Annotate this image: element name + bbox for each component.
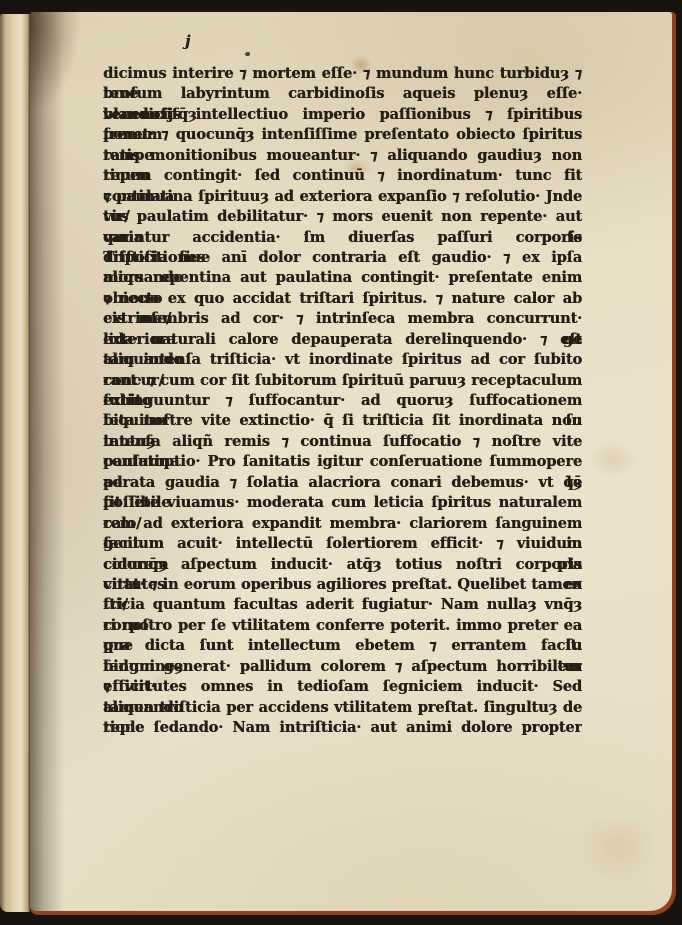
text-line: mors repentina aut paulatina contingit· …: [103, 268, 582, 288]
text-line: pra dicta ſunt intellectum ebetem ⁊ erra…: [103, 636, 582, 656]
text-line: ⁊ paulatina ſpirituuȝ ad exteriora expan…: [103, 187, 582, 207]
book-block-red-edge: j dicimus interire ⁊ mortem eſſe· ⁊ mund…: [30, 12, 676, 915]
text-line: citat· ⁊ in eorum operibus agiliores pre…: [103, 575, 582, 595]
text-line: rant· ⁊ cum cor ſit ſubitorum ſpirituū p…: [103, 371, 582, 391]
text-line: dicimus interire ⁊ mortem eſſe· ⁊ mundum…: [103, 64, 582, 84]
foxing-stain: [590, 442, 636, 476]
text-line: intenſa aliqñ remis ⁊ continua ſuffocati…: [103, 432, 582, 452]
text-line: ponet· ⁊ quocunq̄ȝ intenſiſſime preſenta…: [103, 125, 582, 145]
text-line: tione ſedando· Nam intriſticia· aut anim…: [103, 718, 582, 738]
signature-mark: j: [185, 32, 190, 50]
text-line: cidunq̄ȝ aſpectum inducit· atq̄ȝ totius …: [103, 555, 582, 575]
gutter-shadow: [30, 12, 64, 911]
ink-speck: [245, 52, 250, 56]
text-line: ratis monitionibus moueantur· ⁊ aliquand…: [103, 146, 582, 166]
text-line: tamen triſticia per accidens vtilitatem …: [103, 698, 582, 718]
text-line: genium acuit· intellectū ſolertiorem eff…: [103, 534, 582, 554]
facing-page-fore-edge: [0, 14, 30, 912]
text-line: broſum labyrintum carbidinoſis aqueis pl…: [103, 84, 582, 104]
text-line: conſumptio· Pro ſanitatis igitur conſeru…: [103, 452, 582, 472]
text-line: tam intenſa triſticia· vt inordinate ſpi…: [103, 350, 582, 370]
text-line: tus paulatim debilitatur· ⁊ mors euenit …: [103, 207, 582, 227]
gutter-shadow-top: [30, 12, 100, 142]
text-line: tinum contingit· ſed continuū ⁊ inordina…: [103, 166, 582, 186]
text-line: perata gaudia ⁊ ſolatia alacriora conari…: [103, 473, 582, 493]
text-line: cis membris ad cor· ⁊ intrinſeca membra …: [103, 309, 582, 329]
text-line: ſticia quantum facultas aderit fugiatur·…: [103, 595, 582, 615]
text-block: dicimus interire ⁊ mortem eſſe· ⁊ mundum…: [103, 64, 582, 738]
scanned-page: j dicimus interire ⁊ mortem eſſe· ⁊ mund…: [30, 12, 672, 911]
text-line: quuntur accidentia· ſm diuerſas paſſuri …: [103, 228, 582, 248]
text-line: Triſticia ſiue anī dolor contraria eſt g…: [103, 248, 582, 268]
text-line: ſit lete viuamus· moderata cum leticia ſ…: [103, 493, 582, 513]
text-line: rem ad exteriora expandit membra· clario…: [103, 514, 582, 534]
foxing-stain: [578, 812, 658, 882]
text-line: blandicijs intellectiuo imperio paſſioni…: [103, 105, 582, 125]
text-line: ⁊ virtutes omnes in tedioſam ſegniciem i…: [103, 677, 582, 697]
text-line: extinguuntur ⁊ ſuffocantur· ad quoruȝ ſu…: [103, 391, 582, 411]
text-line: ri noſtro per ſe vtilitatem conferre pot…: [103, 616, 582, 636]
book-scan-scene: j dicimus interire ⁊ mortem eſſe· ⁊ mund…: [0, 0, 682, 925]
text-line: bidum generat· pallidum colorem ⁊ aſpect…: [103, 657, 582, 677]
text-line: ⁊ nouo ex quo accidat triſtari ſpiritus.…: [103, 289, 582, 309]
text-line: lida· naturali calore depauperata dereli…: [103, 330, 582, 350]
text-line: bita noſtre vite extinctio· q̄ ſi triſti…: [103, 411, 582, 431]
